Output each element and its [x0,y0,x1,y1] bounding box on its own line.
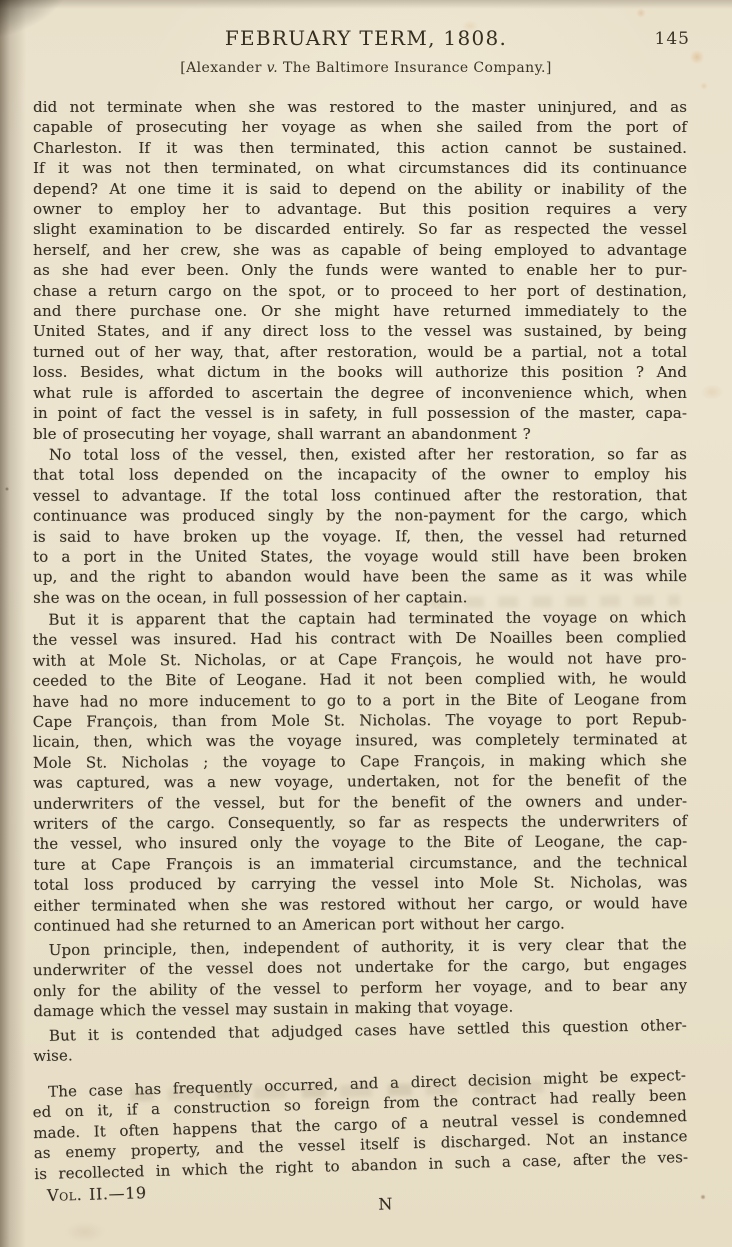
text-line: loss. Besides, what dictum in the books … [33,362,687,382]
text-line: Charleston. If it was then terminated, t… [33,138,687,158]
case-caption-rest: The Baltimore Insurance Company.] [278,60,552,76]
paragraph: Upon principle, then, independent of aut… [33,934,688,1022]
page-heading: FEBRUARY TERM, 1808. [225,26,507,50]
text-line: up, and the right to abandon would have … [33,566,687,587]
text-line: in point of fact the vessel is in safety… [33,403,687,423]
text-line: what rule is afforded to ascertain the d… [33,383,687,403]
paragraph: But it is contended that adjudged cases … [33,1015,688,1067]
text-line: slight examination to be discarded entir… [33,219,687,239]
text-line: she was on the ocean, in full possession… [33,587,687,608]
paragraph: The case has frequently occurred, and a … [32,1065,688,1184]
text-line: licain, then, which was the voyage insur… [33,730,687,753]
text-line: is said to have broken up the voyage. If… [33,526,687,547]
paragraph: But it is apparent that the captain had … [32,607,687,936]
text-line: herself, and her crew, she was as capabl… [33,240,687,260]
case-caption-versus: v. [267,60,279,76]
text-line: vessel to advantage. If the total loss c… [33,485,687,506]
running-head: FEBRUARY TERM, 1808. [0,26,732,50]
text-line: either terminated when she was restored … [34,893,688,916]
body-paragraphs: did not terminate when she was restored … [33,97,687,1167]
volume-label: Vol. II.—19 [33,1183,147,1205]
text-line: chase a return cargo on the spot, or to … [33,281,687,301]
text-line: the vessel, who insured only the voyage … [33,832,687,855]
text-line: continued had she returned to an America… [34,913,688,936]
text-line: ceeded to the Bite of Leogane. Had it no… [33,668,687,691]
text-line: was captured, was a new voyage, undertak… [33,770,687,793]
text-line: No total loss of the vessel, then, exist… [33,444,687,465]
text-line: total loss produced by carrying the vess… [33,872,687,895]
paragraph: No total loss of the vessel, then, exist… [33,444,687,608]
scanned-page: FEBRUARY TERM, 1808. 145 [Alexander v. T… [0,0,732,1247]
case-caption: [Alexander v. The Baltimore Insurance Co… [0,60,732,76]
page-body: did not terminate when she was restored … [33,97,687,1207]
case-caption-open: [Alexander [180,60,266,76]
text-line: did not terminate when she was restored … [33,97,687,117]
text-line: ble of prosecuting her voyage, shall war… [33,424,687,444]
text-line: depend? At one time it is said to depend… [33,179,687,199]
text-line: the vessel was insured. Had his contract… [32,628,686,651]
text-line: that total loss depended on the incapaci… [33,464,687,485]
text-line: and there purchase one. Or she might hav… [33,301,687,321]
text-line: turned out of her way, that, after resto… [33,342,687,362]
text-line: United States, and if any direct loss to… [33,321,687,341]
page-number: 145 [655,29,690,49]
text-line: capable of prosecuting her voyage as whe… [33,117,687,137]
text-line: to a port in the United States, the voya… [33,546,687,567]
text-line: continuance was produced singly by the n… [33,505,687,526]
text-line: owner to employ her to advantage. But th… [33,199,687,219]
text-line: If it was not then terminated, on what c… [33,158,687,178]
text-line: as she had ever been. Only the funds wer… [33,260,687,280]
paragraph: did not terminate when she was restored … [33,97,687,444]
